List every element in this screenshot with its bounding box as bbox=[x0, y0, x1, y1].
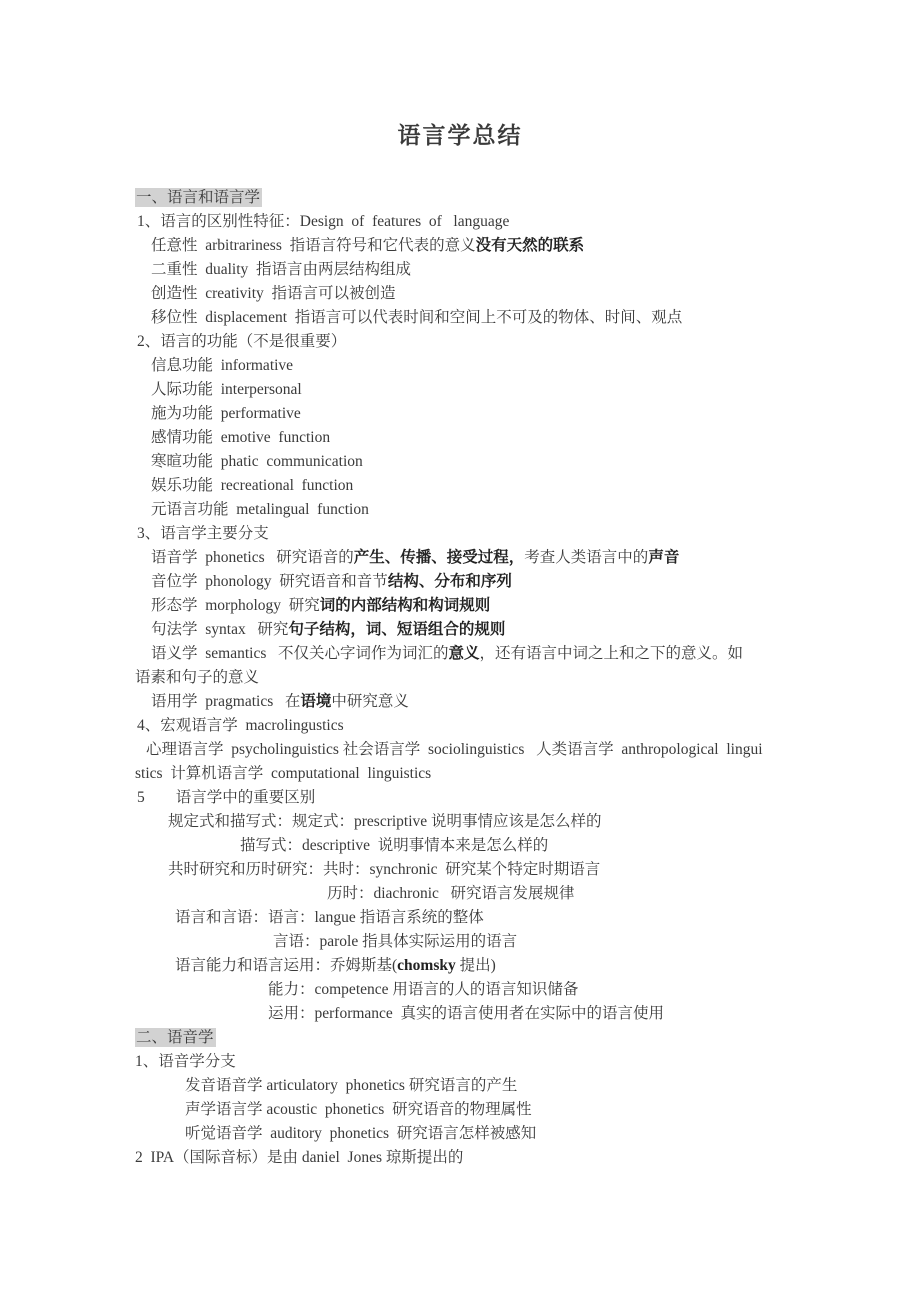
text-segment: 二、语音学 bbox=[135, 1028, 216, 1047]
text-line: 语素和句子的意义 bbox=[135, 666, 905, 690]
text-line: 感情功能 emotive function bbox=[135, 426, 905, 450]
text-segment: chomsky bbox=[397, 957, 456, 974]
text-segment: 句法学 syntax 研究 bbox=[151, 621, 288, 638]
text-segment: 语音学 phonetics 研究语音的 bbox=[151, 549, 354, 566]
section-heading: 一、语言和语言学 bbox=[135, 186, 905, 210]
text-segment: 听觉语音学 auditory phonetics 研究语言怎样被感知 bbox=[185, 1125, 536, 1142]
document-page: 语言学总结 一、语言和语言学1、语言的区别性特征：Design of featu… bbox=[0, 0, 920, 1302]
text-segment: 信息功能 informative bbox=[151, 357, 293, 374]
text-line: 发音语音学 articulatory phonetics 研究语言的产生 bbox=[135, 1074, 905, 1098]
text-line: 运用：performance 真实的语言使用者在实际中的语言使用 bbox=[135, 1002, 905, 1026]
text-line: 创造性 creativity 指语言可以被创造 bbox=[135, 282, 905, 306]
text-segment: 娱乐功能 recreational function bbox=[151, 477, 353, 494]
text-line: 规定式和描写式：规定式：prescriptive 说明事情应该是怎么样的 bbox=[135, 810, 905, 834]
text-segment: 4、宏观语言学 macrolingustics bbox=[137, 717, 344, 734]
text-segment: 施为功能 performative bbox=[151, 405, 301, 422]
text-line: 元语言功能 metalingual function bbox=[135, 498, 905, 522]
text-line: 信息功能 informative bbox=[135, 354, 905, 378]
text-line: 施为功能 performative bbox=[135, 402, 905, 426]
text-line: 语言能力和语言运用：乔姆斯基(chomsky 提出) bbox=[135, 954, 905, 978]
text-line: 1、语言的区别性特征：Design of features of languag… bbox=[135, 210, 905, 234]
text-segment: 意义 bbox=[449, 645, 480, 662]
text-segment: 句子结构，词、短语组合的规则 bbox=[288, 621, 505, 638]
text-segment: 词的内部结构和构词规则 bbox=[320, 597, 491, 614]
text-segment: 运用：performance 真实的语言使用者在实际中的语言使用 bbox=[268, 1005, 664, 1022]
document-body: 一、语言和语言学1、语言的区别性特征：Design of features of… bbox=[135, 186, 905, 1170]
text-line: 语义学 semantics 不仅关心字词作为词汇的意义，还有语言中词之上和之下的… bbox=[135, 642, 905, 666]
text-segment: 能力：competence 用语言的人的语言知识储备 bbox=[268, 981, 578, 998]
text-segment: 语用学 pragmatics 在 bbox=[151, 693, 300, 710]
text-line: 2、语言的功能（不是很重要） bbox=[135, 330, 905, 354]
text-segment: 二重性 duality 指语言由两层结构组成 bbox=[151, 261, 411, 278]
text-segment: 结构、分布和序列 bbox=[388, 573, 512, 590]
text-line: 句法学 syntax 研究句子结构，词、短语组合的规则 bbox=[135, 618, 905, 642]
text-line: 言语：parole 指具体实际运用的语言 bbox=[135, 930, 905, 954]
text-segment: 规定式和描写式：规定式：prescriptive 说明事情应该是怎么样的 bbox=[168, 813, 602, 830]
text-line: 5 语言学中的重要区别 bbox=[135, 786, 905, 810]
text-segment: 人际功能 interpersonal bbox=[151, 381, 302, 398]
text-segment: 移位性 displacement 指语言可以代表时间和空间上不可及的物体、时间、… bbox=[151, 309, 682, 326]
text-segment: 感情功能 emotive function bbox=[151, 429, 330, 446]
text-line: 语用学 pragmatics 在语境中研究意义 bbox=[135, 690, 905, 714]
text-segment: 5 语言学中的重要区别 bbox=[137, 789, 315, 806]
text-segment: 1、语言的区别性特征：Design of features of languag… bbox=[137, 213, 509, 230]
text-line: 2 IPA（国际音标）是由 daniel Jones 琼斯提出的 bbox=[135, 1146, 905, 1170]
text-segment: stics 计算机语言学 computational linguistics bbox=[135, 765, 431, 782]
text-segment: 声音 bbox=[648, 549, 679, 566]
text-segment: 1、语音学分支 bbox=[135, 1053, 236, 1070]
text-line: 3、语言学主要分支 bbox=[135, 522, 905, 546]
text-segment: 语素和句子的意义 bbox=[135, 669, 259, 686]
text-segment: 3、语言学主要分支 bbox=[137, 525, 269, 542]
text-segment: 语言能力和语言运用：乔姆斯基( bbox=[175, 957, 397, 974]
text-line: 心理语言学 psycholinguistics 社会语言学 sociolingu… bbox=[135, 738, 905, 762]
text-segment: ，还有语言中词之上和之下的意义。如 bbox=[480, 645, 744, 662]
text-line: 声学语言学 acoustic phonetics 研究语音的物理属性 bbox=[135, 1098, 905, 1122]
document-title: 语言学总结 bbox=[0, 117, 920, 150]
section-heading: 二、语音学 bbox=[135, 1026, 905, 1050]
text-line: 音位学 phonology 研究语音和音节结构、分布和序列 bbox=[135, 570, 905, 594]
text-line: stics 计算机语言学 computational linguistics bbox=[135, 762, 905, 786]
text-segment: 语境 bbox=[300, 693, 331, 710]
text-segment: 创造性 creativity 指语言可以被创造 bbox=[151, 285, 396, 302]
text-segment: 语义学 semantics 不仅关心字词作为词汇的 bbox=[151, 645, 449, 662]
text-segment: 一、语言和语言学 bbox=[135, 188, 262, 207]
text-segment: 心理语言学 psycholinguistics 社会语言学 sociolingu… bbox=[146, 741, 763, 758]
text-segment: 语言和言语：语言：langue 指语言系统的整体 bbox=[175, 909, 484, 926]
text-segment: 考查人类语言中的 bbox=[524, 549, 648, 566]
text-line: 移位性 displacement 指语言可以代表时间和空间上不可及的物体、时间、… bbox=[135, 306, 905, 330]
text-line: 语音学 phonetics 研究语音的产生、传播、接受过程，考查人类语言中的声音 bbox=[135, 546, 905, 570]
text-segment: 描写式：descriptive 说明事情本来是怎么样的 bbox=[240, 837, 548, 854]
text-segment: 音位学 phonology 研究语音和音节 bbox=[151, 573, 388, 590]
text-line: 听觉语音学 auditory phonetics 研究语言怎样被感知 bbox=[135, 1122, 905, 1146]
text-segment: 提出) bbox=[456, 957, 496, 974]
text-segment: 历时：diachronic 研究语言发展规律 bbox=[327, 885, 575, 902]
text-line: 4、宏观语言学 macrolingustics bbox=[135, 714, 905, 738]
text-segment: 元语言功能 metalingual function bbox=[151, 501, 369, 518]
text-line: 娱乐功能 recreational function bbox=[135, 474, 905, 498]
text-segment: 2 IPA（国际音标）是由 daniel Jones 琼斯提出的 bbox=[135, 1149, 463, 1166]
text-segment: 形态学 morphology 研究 bbox=[151, 597, 320, 614]
text-line: 二重性 duality 指语言由两层结构组成 bbox=[135, 258, 905, 282]
text-line: 描写式：descriptive 说明事情本来是怎么样的 bbox=[135, 834, 905, 858]
text-line: 任意性 arbitrariness 指语言符号和它代表的意义没有天然的联系 bbox=[135, 234, 905, 258]
text-line: 寒暄功能 phatic communication bbox=[135, 450, 905, 474]
text-segment: 没有天然的联系 bbox=[476, 237, 585, 254]
text-segment: 言语：parole 指具体实际运用的语言 bbox=[273, 933, 517, 950]
text-segment: 中研究意义 bbox=[331, 693, 409, 710]
text-line: 1、语音学分支 bbox=[135, 1050, 905, 1074]
text-line: 形态学 morphology 研究词的内部结构和构词规则 bbox=[135, 594, 905, 618]
text-segment: 共时研究和历时研究：共时：synchronic 研究某个特定时期语言 bbox=[168, 861, 600, 878]
text-line: 能力：competence 用语言的人的语言知识储备 bbox=[135, 978, 905, 1002]
text-segment: 产生、传播、接受过程， bbox=[354, 549, 525, 566]
text-segment: 2、语言的功能（不是很重要） bbox=[137, 333, 346, 350]
text-line: 历时：diachronic 研究语言发展规律 bbox=[135, 882, 905, 906]
text-line: 语言和言语：语言：langue 指语言系统的整体 bbox=[135, 906, 905, 930]
text-line: 共时研究和历时研究：共时：synchronic 研究某个特定时期语言 bbox=[135, 858, 905, 882]
text-segment: 声学语言学 acoustic phonetics 研究语音的物理属性 bbox=[185, 1101, 532, 1118]
text-segment: 发音语音学 articulatory phonetics 研究语言的产生 bbox=[185, 1077, 517, 1094]
text-line: 人际功能 interpersonal bbox=[135, 378, 905, 402]
text-segment: 寒暄功能 phatic communication bbox=[151, 453, 363, 470]
text-segment: 任意性 arbitrariness 指语言符号和它代表的意义 bbox=[151, 237, 476, 254]
